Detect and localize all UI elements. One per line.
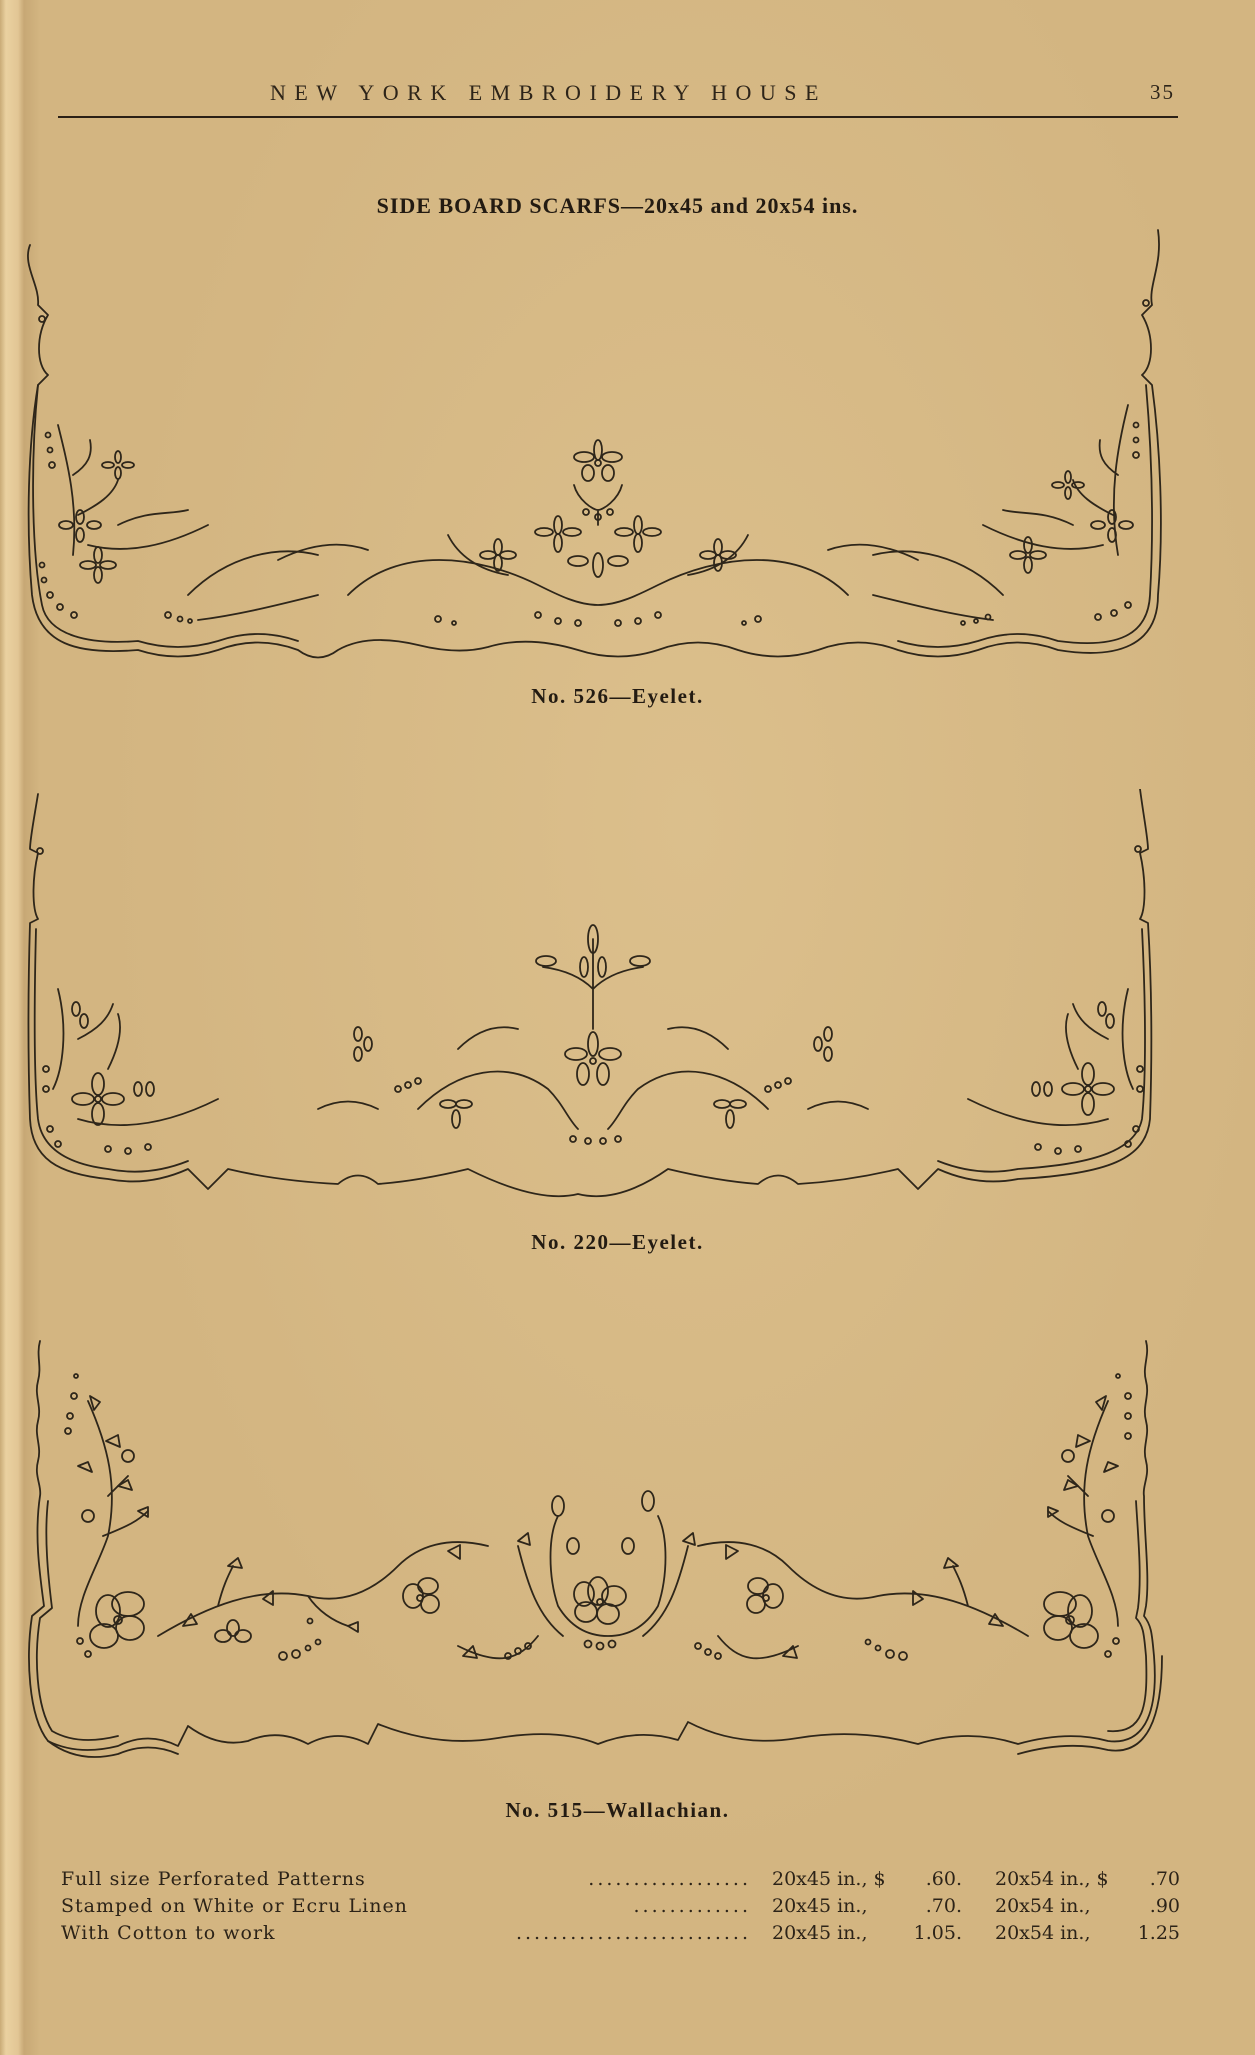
- price-20x45: .60.: [892, 1868, 962, 1890]
- price-row-perforated-patterns: Full size Perforated Patterns ..........…: [61, 1868, 1191, 1895]
- header-rule-divider: [58, 116, 1178, 118]
- embroidery-pattern-526-drawing: [18, 225, 1168, 665]
- size-20x45: 20x45 in., $: [772, 1868, 886, 1890]
- leader-dots: ..........................: [516, 1922, 751, 1944]
- price-20x54: .90: [1115, 1895, 1180, 1917]
- price-row-stamped-linen: Stamped on White or Ecru Linen .........…: [61, 1895, 1191, 1922]
- pattern-caption-515: No. 515—Wallachian.: [0, 1798, 1235, 1823]
- page-number: 35: [1150, 80, 1175, 105]
- price-20x45: .70.: [892, 1895, 962, 1917]
- price-row-with-cotton: With Cotton to work ....................…: [61, 1922, 1191, 1949]
- leader-dots: ..................: [588, 1868, 751, 1890]
- embroidery-pattern-220-drawing: [18, 789, 1168, 1214]
- size-20x54: 20x54 in., $: [995, 1868, 1109, 1890]
- pattern-illustration-220: [18, 789, 1168, 1214]
- pattern-illustration-515: [18, 1336, 1168, 1766]
- pattern-caption-526: No. 526—Eyelet.: [0, 684, 1235, 709]
- pattern-illustration-526: [18, 225, 1168, 665]
- price-20x45: 1.05.: [892, 1922, 962, 1944]
- running-header-title: NEW YORK EMBROIDERY HOUSE: [270, 80, 750, 106]
- size-20x54: 20x54 in.,: [995, 1922, 1091, 1944]
- price-row-label: With Cotton to work: [61, 1922, 276, 1944]
- size-20x45: 20x45 in.,: [772, 1922, 868, 1944]
- embroidery-pattern-515-drawing: [18, 1336, 1168, 1766]
- section-title: SIDE BOARD SCARFS—20x45 and 20x54 ins.: [0, 193, 1235, 219]
- price-row-label: Stamped on White or Ecru Linen: [61, 1895, 408, 1917]
- price-20x54: 1.25: [1115, 1922, 1180, 1944]
- size-20x45: 20x45 in.,: [772, 1895, 868, 1917]
- size-20x54: 20x54 in.,: [995, 1895, 1091, 1917]
- pattern-caption-220: No. 220—Eyelet.: [0, 1230, 1235, 1255]
- price-table: Full size Perforated Patterns ..........…: [61, 1868, 1191, 1949]
- price-20x54: .70: [1115, 1868, 1180, 1890]
- price-row-label: Full size Perforated Patterns: [61, 1868, 366, 1890]
- leader-dots: .............: [633, 1895, 751, 1917]
